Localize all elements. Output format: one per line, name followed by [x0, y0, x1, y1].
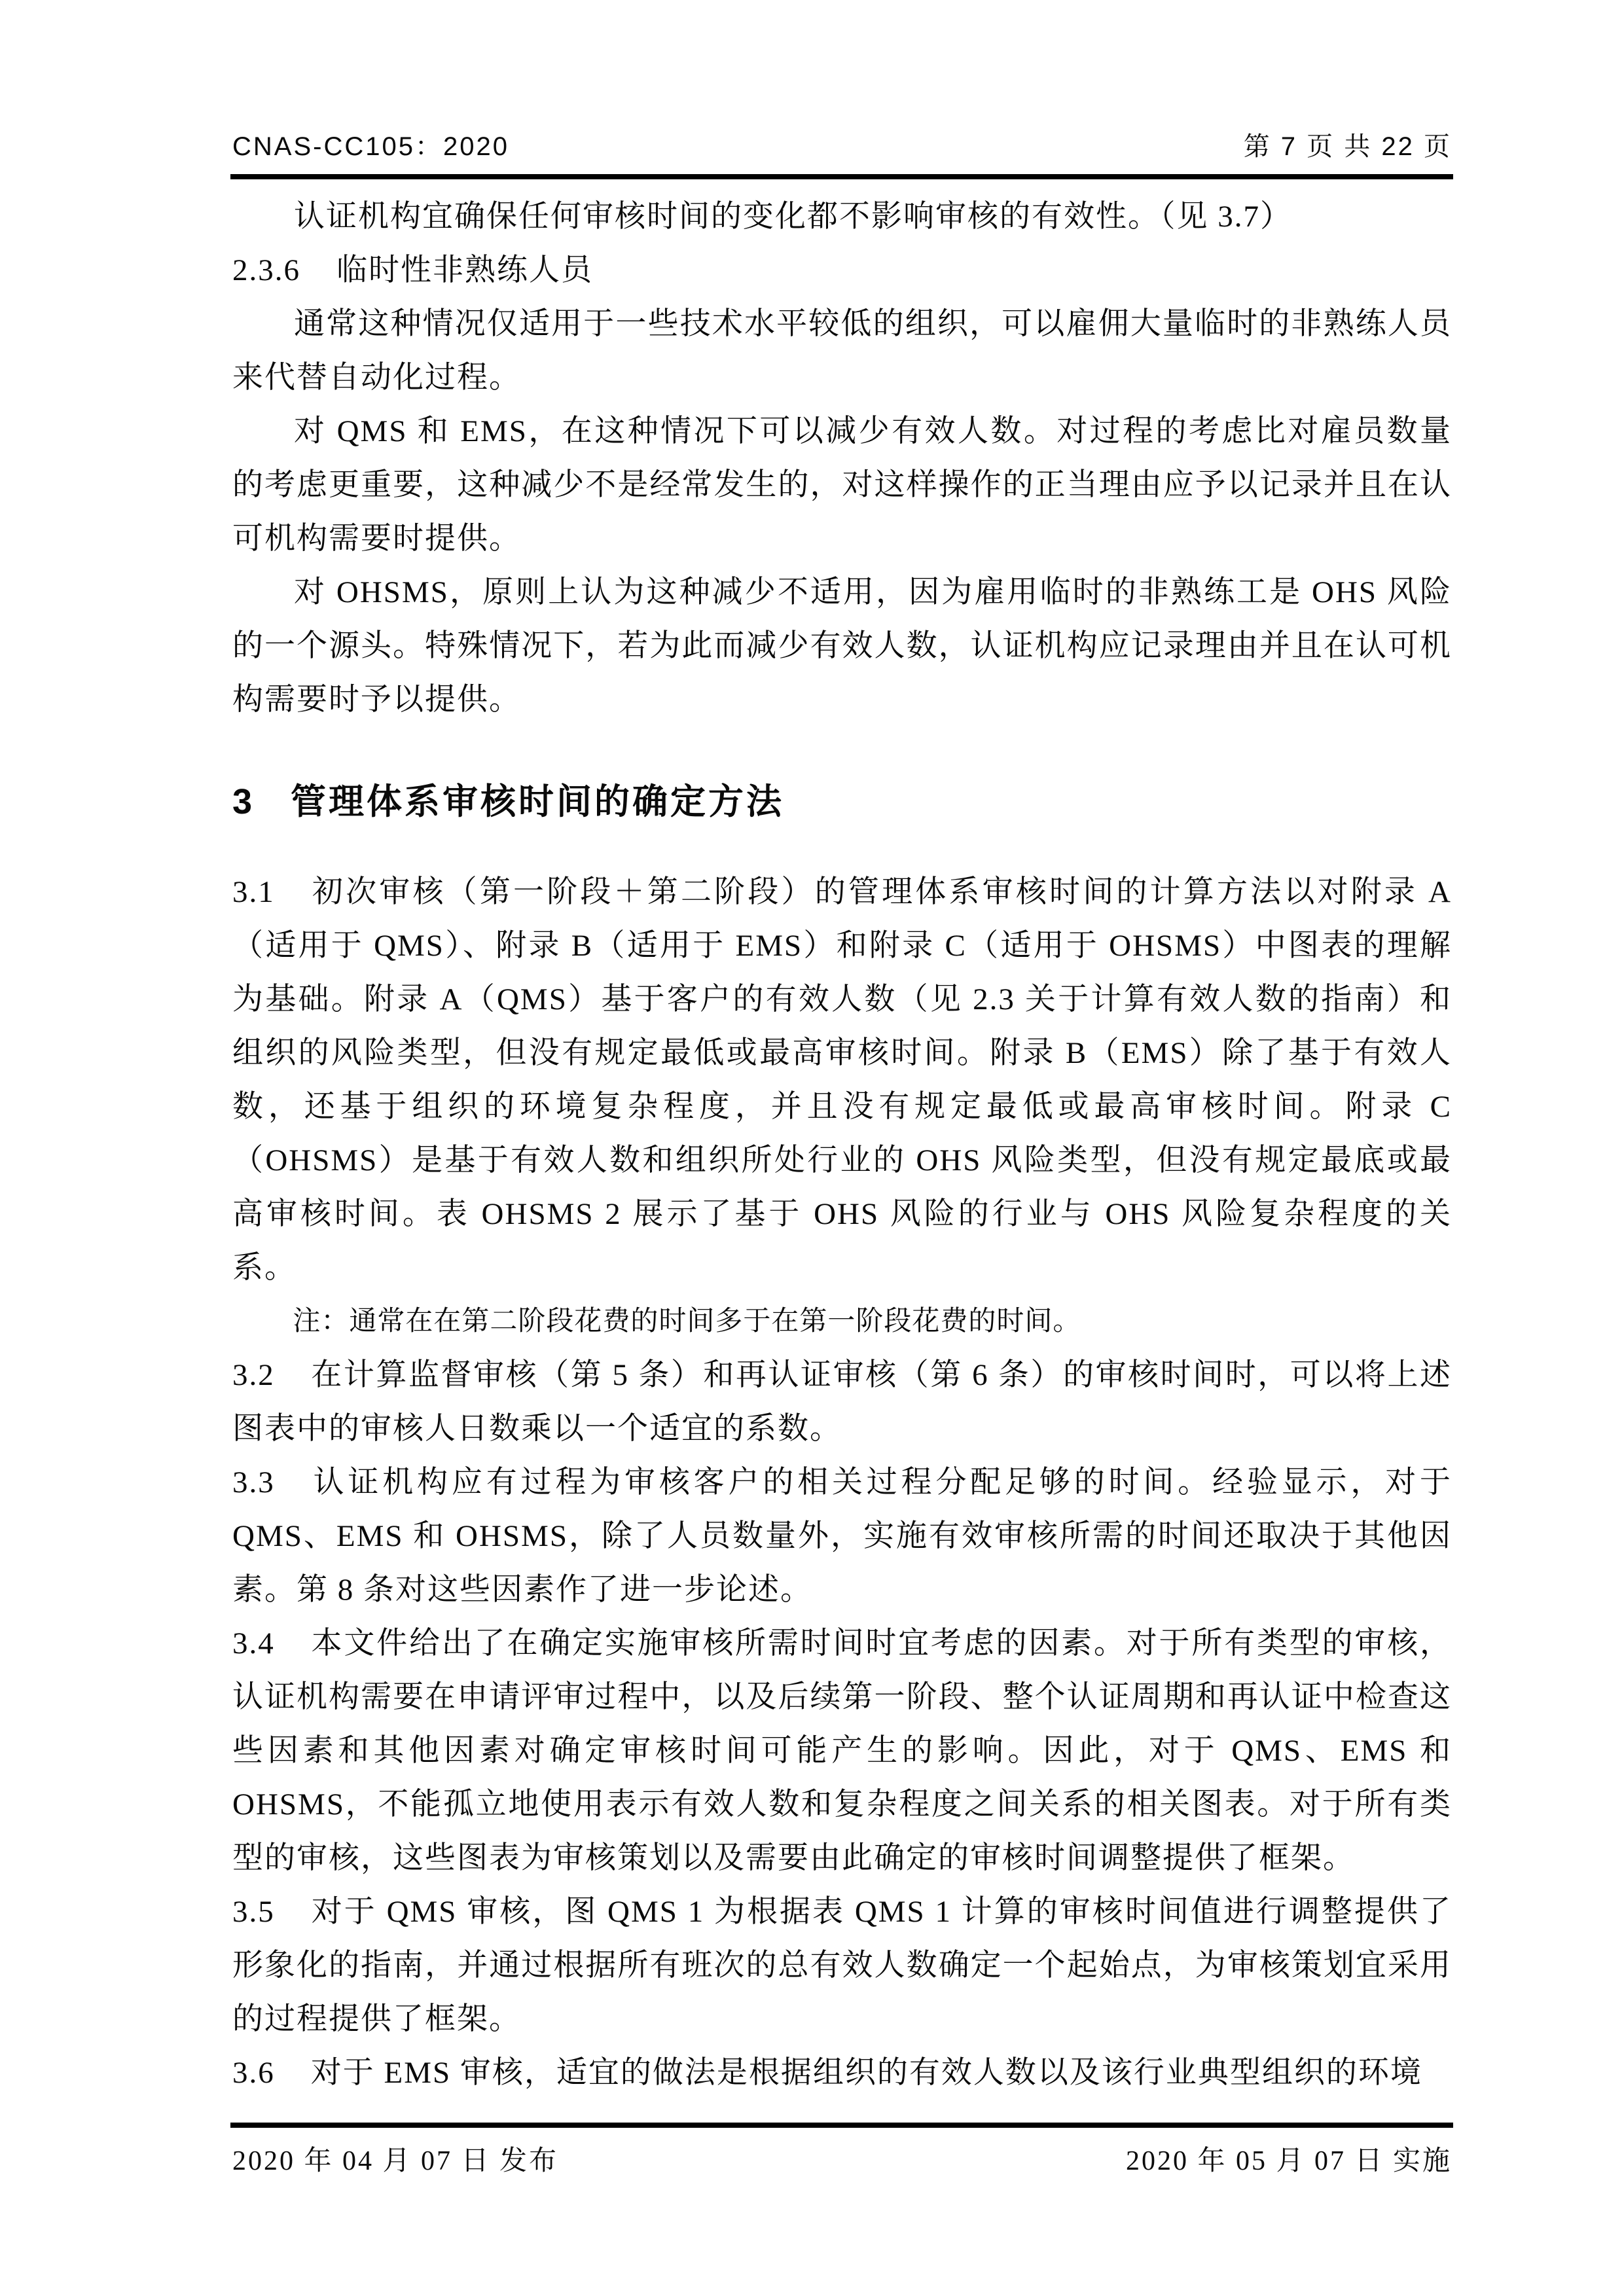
paragraph: 对 QMS 和 EMS，在这种情况下可以减少有效人数。对过程的考虑比对雇员数量的…: [232, 404, 1452, 565]
paragraph: 对 OHSMS，原则上认为这种减少不适用，因为雇用临时的非熟练工是 OHS 风险…: [232, 565, 1452, 726]
clause-title: 临时性非熟练人员: [336, 253, 593, 287]
paragraph: 通常这种情况仅适用于一些技术水平较低的组织，可以雇佣大量临时的非熟练人员来代替自…: [232, 297, 1452, 404]
clause-text: 初次审核（第一阶段＋第二阶段）的管理体系审核时间的计算方法以对附录 A（适用于 …: [232, 875, 1452, 1285]
clause-2-3-6: 2.3.6临时性非熟练人员: [232, 243, 1452, 297]
clause-number: 2.3.6: [232, 253, 300, 287]
clause-3-2: 3.2在计算监督审核（第 5 条）和再认证审核（第 6 条）的审核时间时，可以将…: [232, 1348, 1452, 1456]
header-page-number: 第 7 页 共 22 页: [1244, 126, 1452, 163]
header-doc-code: CNAS-CC105：2020: [232, 126, 509, 163]
clause-number: 3.5: [232, 1895, 275, 1929]
clause-number: 3.2: [232, 1358, 275, 1392]
note-line: 注：通常在在第二阶段花费的时间多于在第一阶段花费的时间。: [232, 1295, 1452, 1348]
clause-number: 3.1: [232, 875, 275, 909]
page-footer: 2020 年 04 月 07 日 发布 2020 年 05 月 07 日 实施: [232, 2139, 1452, 2178]
document-body: 认证机构宜确保任何审核时间的变化都不影响审核的有效性。（见 3.7） 2.3.6…: [232, 190, 1452, 2100]
section-heading: 3管理体系审核时间的确定方法: [232, 772, 1452, 831]
clause-3-5: 3.5对于 QMS 审核，图 QMS 1 为根据表 QMS 1 计算的审核时间值…: [232, 1885, 1452, 2046]
clause-text: 本文件给出了在确定实施审核所需时间时宜考虑的因素。对于所有类型的审核，认证机构需…: [232, 1626, 1452, 1875]
clause-3-6: 3.6对于 EMS 审核，适宜的做法是根据组织的有效人数以及该行业典型组织的环境: [232, 2046, 1452, 2100]
footer-implementation-date: 2020 年 05 月 07 日 实施: [1126, 2139, 1452, 2178]
clause-text: 对于 QMS 审核，图 QMS 1 为根据表 QMS 1 计算的审核时间值进行调…: [232, 1895, 1452, 2036]
document-page: CNAS-CC105：2020 第 7 页 共 22 页 认证机构宜确保任何审核…: [0, 0, 1624, 2296]
clause-number: 3.3: [232, 1465, 275, 1499]
section-number: 3: [232, 782, 255, 821]
page-header: CNAS-CC105：2020 第 7 页 共 22 页: [232, 126, 1452, 163]
clause-number: 3.4: [232, 1626, 275, 1660]
header-rule: [230, 174, 1453, 179]
clause-text: 对于 EMS 审核，适宜的做法是根据组织的有效人数以及该行业典型组织的环境: [311, 2056, 1422, 2090]
clause-text: 在计算监督审核（第 5 条）和再认证审核（第 6 条）的审核时间时，可以将上述图…: [232, 1358, 1452, 1446]
clause-3-4: 3.4本文件给出了在确定实施审核所需时间时宜考虑的因素。对于所有类型的审核，认证…: [232, 1617, 1452, 1885]
paragraph: 认证机构宜确保任何审核时间的变化都不影响审核的有效性。（见 3.7）: [232, 190, 1452, 243]
clause-3-3: 3.3认证机构应有过程为审核客户的相关过程分配足够的时间。经验显示，对于 QMS…: [232, 1456, 1452, 1617]
footer-rule: [230, 2123, 1453, 2128]
clause-number: 3.6: [232, 2056, 275, 2090]
clause-3-1: 3.1初次审核（第一阶段＋第二阶段）的管理体系审核时间的计算方法以对附录 A（适…: [232, 865, 1452, 1295]
clause-text: 认证机构应有过程为审核客户的相关过程分配足够的时间。经验显示，对于 QMS、EM…: [232, 1465, 1452, 1607]
section-title: 管理体系审核时间的确定方法: [291, 782, 784, 821]
footer-release-date: 2020 年 04 月 07 日 发布: [232, 2139, 558, 2178]
